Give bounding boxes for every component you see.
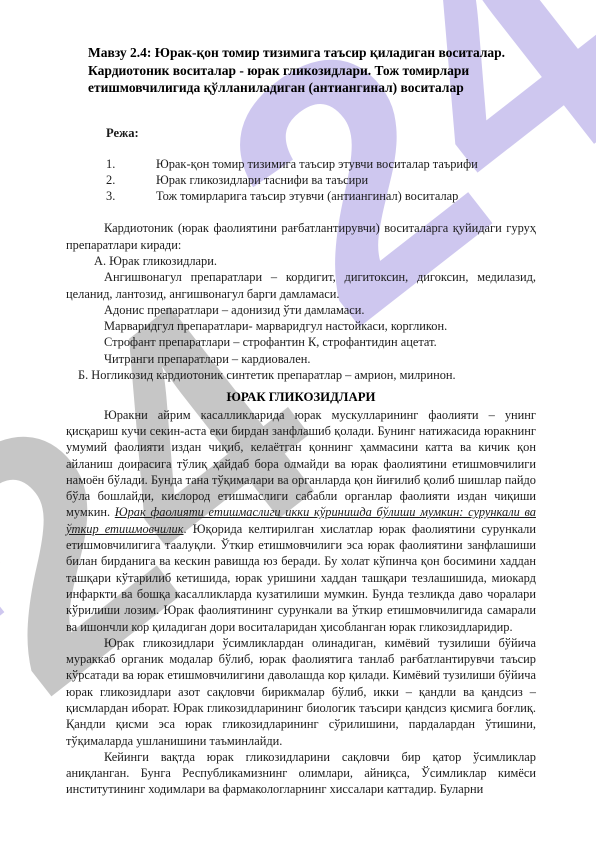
document-content: Мавзу 2.4: Юрак-қон томир тизимига таъси…: [0, 0, 596, 798]
drug-line: Марваридгул препаратлари- марваридгул на…: [66, 318, 536, 334]
document-title: Мавзу 2.4: Юрак-қон томир тизимига таъси…: [88, 44, 540, 97]
plan-heading: Режа:: [106, 125, 536, 141]
plan-item: 3. Тож томирларига таъсир этувчи (антиан…: [66, 188, 536, 204]
drug-line: Ангишвонагул препаратлари – кордигит, ди…: [66, 269, 536, 302]
plan-item-text: Тож томирларига таъсир этувчи (антиангин…: [156, 188, 536, 204]
plan-item: 2. Юрак гликозидлари таснифи ва таъсири: [66, 172, 536, 188]
drug-line: Адонис препаратлари – адонизид ўти дамла…: [66, 302, 536, 318]
plan-item-text: Юрак-қон томир тизимига таъсир этувчи во…: [156, 156, 536, 172]
paragraph-2: Юрак гликозидлари ўсимликлардан олинадиг…: [66, 635, 536, 749]
plan-item: 1. Юрак-қон томир тизимига таъсир этувчи…: [66, 156, 536, 172]
group-a-line: А. Юрак гликозидлари.: [66, 253, 536, 269]
document-page: 24 24 24 Мавзу 2.4: Юрак-қон томир тизим…: [0, 0, 596, 842]
drug-line: Строфант препаратлари – строфантин К, ст…: [66, 334, 536, 350]
drug-line: Читранги препаратлари – кардиовален.: [66, 351, 536, 367]
plan-list: 1. Юрак-қон томир тизимига таъсир этувчи…: [66, 156, 536, 205]
intro-paragraph: Кардиотоник (юрак фаолиятини рағбатланти…: [66, 220, 536, 253]
plan-item-number: 3.: [66, 188, 156, 204]
plan-item-text: Юрак гликозидлари таснифи ва таъсири: [156, 172, 536, 188]
paragraph-1-before: Юракни айрим касалликларида юрак мускулл…: [66, 408, 536, 520]
group-b-line: Б. Ногликозид кардиотоник синтетик препа…: [66, 367, 536, 383]
paragraph-1-after: . Юқорида келтирилган хислатлар юрак фао…: [66, 522, 536, 634]
paragraph-1: Юракни айрим касалликларида юрак мускулл…: [66, 407, 536, 635]
plan-item-number: 2.: [66, 172, 156, 188]
paragraph-3: Кейинги вақтда юрак гликозидларини сақло…: [66, 749, 536, 798]
plan-item-number: 1.: [66, 156, 156, 172]
section-heading: ЮРАК ГЛИКОЗИДЛАРИ: [66, 389, 536, 405]
